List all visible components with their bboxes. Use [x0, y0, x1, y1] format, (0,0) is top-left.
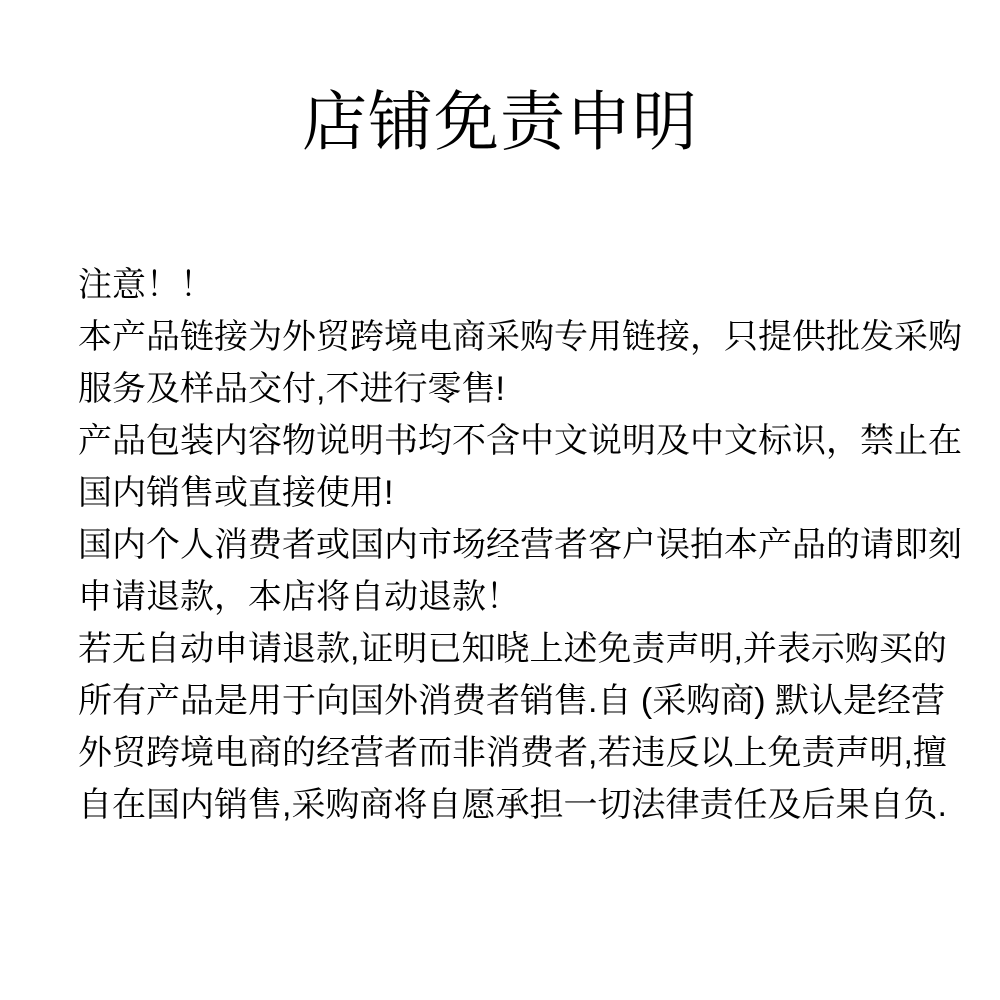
- body-line-agreement-4: 自在国内销售,采购商将自愿承担一切法律责任及后果自负.: [78, 779, 970, 831]
- body-line-packaging-1: 产品包装内容物说明书均不含中文说明及中文标识，禁止在: [78, 415, 970, 467]
- disclaimer-body: 注意！！ 本产品链接为外贸跨境电商采购专用链接，只提供批发采购 服务及样品交付,…: [78, 259, 970, 831]
- body-line-packaging-2: 国内销售或直接使用!: [78, 467, 970, 519]
- body-line-attention: 注意！！: [78, 259, 970, 311]
- page-title: 店铺免责申明: [0, 0, 1000, 158]
- body-line-agreement-2: 所有产品是用于向国外消费者销售.自 (采购商) 默认是经营: [78, 675, 970, 727]
- body-line-agreement-3: 外贸跨境电商的经营者而非消费者,若违反以上免责声明,擅: [78, 727, 970, 779]
- body-line-refund-1: 国内个人消费者或国内市场经营者客户误拍本产品的请即刻: [78, 519, 970, 571]
- body-line-link-purpose-1: 本产品链接为外贸跨境电商采购专用链接，只提供批发采购: [78, 311, 970, 363]
- body-line-agreement-1: 若无自动申请退款,证明已知晓上述免责声明,并表示购买的: [78, 623, 970, 675]
- body-line-link-purpose-2: 服务及样品交付,不进行零售!: [78, 363, 970, 415]
- disclaimer-page: 店铺免责申明 注意！！ 本产品链接为外贸跨境电商采购专用链接，只提供批发采购 服…: [0, 0, 1000, 1000]
- body-line-refund-2: 申请退款，本店将自动退款！: [78, 571, 970, 623]
